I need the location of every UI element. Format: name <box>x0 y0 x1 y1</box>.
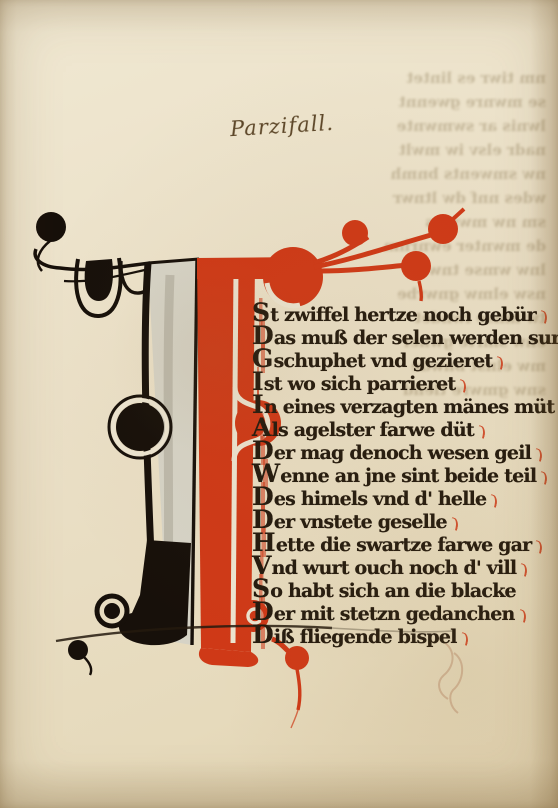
bleedthrough-line: se mwnre gwennt <box>258 90 546 114</box>
rubric-line-end-flourish <box>489 494 500 508</box>
verse-line-text: Hette die swartze farwe gar <box>252 534 531 556</box>
verse-line: Wenne an jne sint beide teil <box>252 462 558 485</box>
verse-line-text: Ist wo sich parrieret <box>252 373 455 395</box>
verse-line: Hette die swartze farwe gar <box>252 531 558 554</box>
bleedthrough-line: nm tiwr es lintet <box>258 66 546 90</box>
verse-line-text: Des himels vnd d' helle <box>252 488 486 510</box>
rubric-line-end-flourish <box>538 471 549 485</box>
verse-line-text: Der vnstete geselle <box>252 511 447 533</box>
verse-line-text: Wenne an jne sint beide teil <box>252 465 536 487</box>
rubric-line-end-flourish <box>533 448 544 462</box>
verse-line-text: Vnd wurt ouch noch d' vill <box>252 557 516 579</box>
verse-line-text: Diß fliegende bispel <box>252 626 457 648</box>
bleedthrough-line: nadr elsv iw mwlt <box>258 138 546 162</box>
verse-line-text: Der mit stetzn gedanchen <box>252 603 515 625</box>
rubric-line-end-flourish <box>518 563 529 577</box>
verse-line: St zwiffel hertze noch gebür <box>252 301 558 324</box>
verse-line-text: Das muß der selen werden sur <box>252 327 558 349</box>
verse-line-text: In eines verzagten mänes müt <box>252 396 554 418</box>
verse-line-text: St zwiffel hertze noch gebür <box>252 304 536 326</box>
verse-line-text: Gschuphet vnd gezieret <box>252 350 492 372</box>
verse-line: Des himels vnd d' helle <box>252 485 558 508</box>
faint-pen-flourish <box>439 640 462 713</box>
verse-line: Der mag denoch wesen geil <box>252 439 558 462</box>
verse-line-text: So habt sich an die blacke <box>252 580 516 602</box>
rubric-line-end-flourish <box>517 609 528 623</box>
parchment-page: nm tiwr es lintet se mwnre gwennt lwnis … <box>0 0 558 808</box>
verse-line-text: Als agelster farwe düt <box>252 419 474 441</box>
rubric-line-end-flourish <box>476 425 487 439</box>
verse-line: Gschuphet vnd gezieret <box>252 347 558 370</box>
verse-line: Der vnstete geselle <box>252 508 558 531</box>
bleedthrough-line: nw smwents bnmh <box>258 162 546 186</box>
rubric-line-end-flourish <box>449 517 460 531</box>
verse-text-block: St zwiffel hertze noch gebür Das muß der… <box>252 301 558 646</box>
verse-line: In eines verzagten mänes müt <box>252 393 558 416</box>
verse-line: Vnd wurt ouch noch d' vill <box>252 554 558 577</box>
rubric-line-end-flourish <box>458 379 469 393</box>
verse-line: Diß fliegende bispel <box>252 623 558 646</box>
verse-line: Als agelster farwe düt <box>252 416 558 439</box>
verse-line-text: Der mag denoch wesen geil <box>252 442 531 464</box>
verse-line: Der mit stetzn gedanchen <box>252 600 558 623</box>
flourish-dot-icon <box>36 212 66 242</box>
verse-line: Ist wo sich parrieret <box>252 370 558 393</box>
verse-line: So habt sich an die blacke <box>252 577 558 600</box>
rubric-line-end-flourish <box>534 540 545 554</box>
rubric-line-end-flourish <box>495 356 506 370</box>
rubric-line-end-flourish <box>538 310 549 324</box>
verse-line: Das muß der selen werden sur <box>252 324 558 347</box>
rubric-line-end-flourish <box>459 632 470 646</box>
